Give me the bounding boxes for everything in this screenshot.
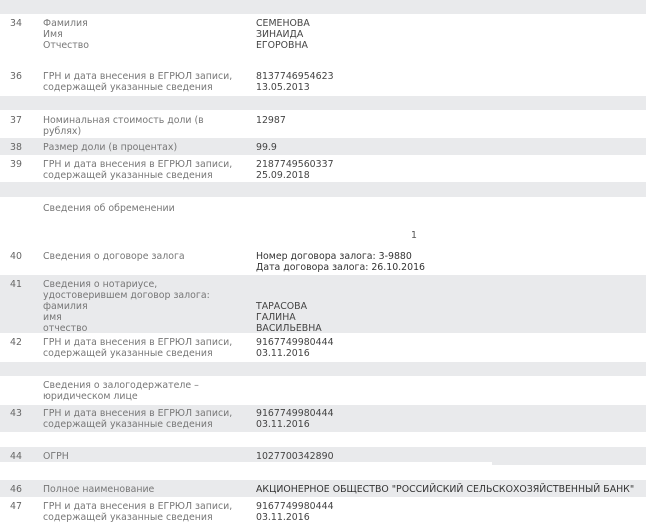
row-value: 8137746954623 13.05.2013: [256, 71, 334, 93]
row-value: 2187749560337 25.09.2018: [256, 159, 334, 181]
row-value: Номер договора залога: 3-9880 Дата догов…: [256, 251, 425, 273]
row-label: Номинальная стоимость доли (в рублях): [43, 115, 204, 137]
row-label: Сведения о нотариусе, удостоверившем дог…: [43, 279, 210, 334]
row-number: 46: [10, 484, 22, 495]
row-label: ГРН и дата внесения в ЕГРЮЛ записи, соде…: [43, 408, 232, 430]
row-label: Сведения о договоре залога: [43, 251, 185, 262]
row-number: 44: [10, 451, 22, 462]
row-value: ТАРАСОВА ГАЛИНА ВАСИЛЬЕВНА: [256, 301, 322, 334]
section-title: Сведения о залогодержателе – юридическом…: [43, 380, 199, 402]
row-separator: [0, 0, 646, 14]
row-value: 12987: [256, 115, 286, 126]
row-value: 9167749980444 03.11.2016: [256, 337, 334, 359]
row-label: ГРН и дата внесения в ЕГРЮЛ записи, соде…: [43, 501, 232, 523]
row-value: 9167749980444 03.11.2016: [256, 501, 334, 523]
row-separator: [0, 362, 646, 376]
row-label: Размер доли (в процентах): [43, 142, 177, 153]
row-label: ГРН и дата внесения в ЕГРЮЛ записи, соде…: [43, 159, 232, 181]
row-separator: [0, 96, 646, 110]
row-value: СЕМЕНОВА ЗИНАИДА ЕГОРОВНА: [256, 18, 310, 51]
row-value: 9167749980444 03.11.2016: [256, 408, 334, 430]
row-number: 36: [10, 71, 22, 82]
row-number: 38: [10, 142, 22, 153]
row-label: ОГРН: [43, 451, 69, 462]
row-value: АКЦИОНЕРНОЕ ОБЩЕСТВО "РОССИЙСКИЙ СЕЛЬСКО…: [256, 484, 634, 495]
row-number: 43: [10, 408, 22, 419]
row-separator: [0, 182, 646, 197]
row-number: 41: [10, 279, 22, 290]
row-label: Полное наименование: [43, 484, 154, 495]
row-number: 37: [10, 115, 22, 126]
row-number: 42: [10, 337, 22, 348]
section-title: Сведения об обременении: [43, 203, 175, 214]
row-number: 34: [10, 18, 22, 29]
row-number: 47: [10, 501, 22, 512]
row-label: Фамилия Имя Отчество: [43, 18, 89, 51]
row-number: 39: [10, 159, 22, 170]
row-value: 99.9: [256, 142, 277, 153]
row-label: ГРН и дата внесения в ЕГРЮЛ записи, соде…: [43, 71, 232, 93]
encumbrance-index: 1: [411, 230, 417, 241]
row-background: [0, 465, 646, 480]
row-label: ГРН и дата внесения в ЕГРЮЛ записи, соде…: [43, 337, 232, 359]
row-value: 1027700342890: [256, 451, 334, 462]
row-background: [0, 432, 646, 447]
row-number: 40: [10, 251, 22, 262]
